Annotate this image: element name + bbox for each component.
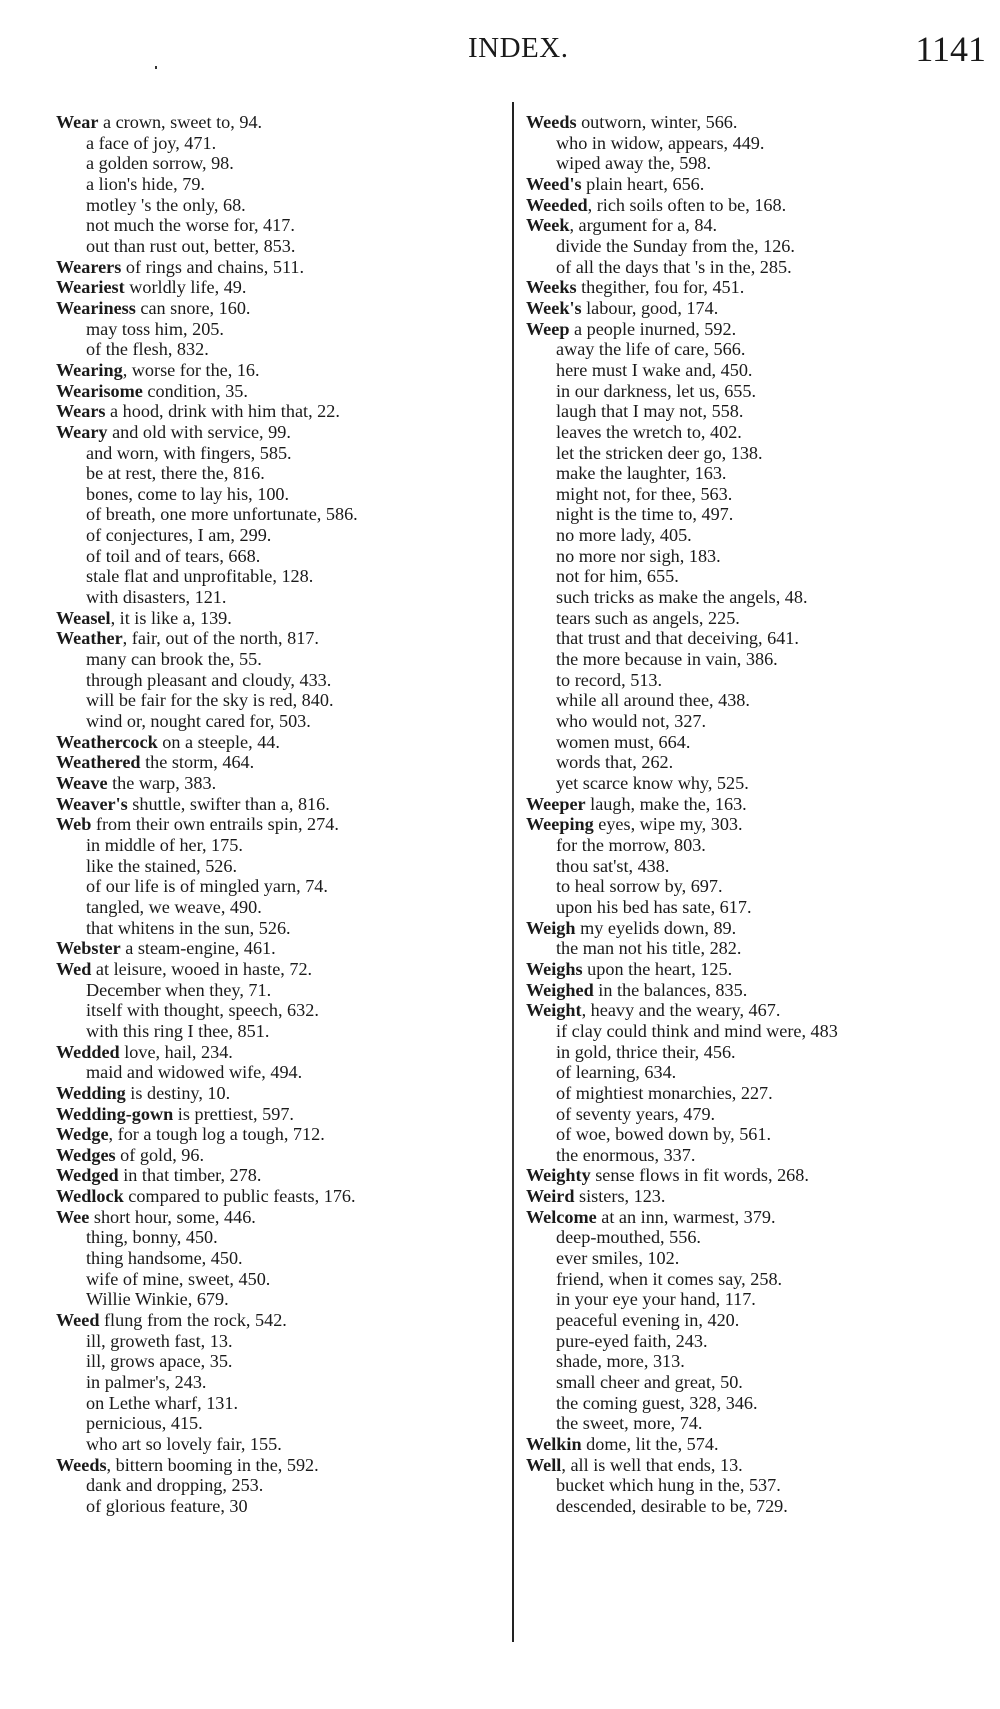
index-subentry: away the life of care, 566. (526, 339, 996, 360)
index-headword: Weariness (56, 298, 136, 318)
index-entry: Week, argument for a, 84. (526, 215, 996, 236)
index-subentry: divide the Sunday from the, 126. (526, 236, 996, 257)
index-subentry: such tricks as make the angels, 48. (526, 587, 996, 608)
index-entry: Wedding is destiny, 10. (56, 1083, 496, 1104)
index-entry: Weeping eyes, wipe my, 303. (526, 814, 996, 835)
index-entry: Wears a hood, drink with him that, 22. (56, 401, 496, 422)
index-subentry: leaves the wretch to, 402. (526, 422, 996, 443)
index-subentry: of breath, one more unfortunate, 586. (56, 504, 496, 525)
index-entry-text: condition, 35. (143, 381, 248, 401)
index-subentry: a face of joy, 471. (56, 133, 496, 154)
index-subentry: pernicious, 415. (56, 1413, 496, 1434)
index-subentry: ill, grows apace, 35. (56, 1351, 496, 1372)
index-entry: Wedged in that timber, 278. (56, 1165, 496, 1186)
index-entry-text: is prettiest, 597. (173, 1104, 294, 1124)
index-entry-text: at an inn, warmest, 379. (597, 1207, 776, 1227)
index-subentry: laugh that I may not, 558. (526, 401, 996, 422)
index-entry-text: is destiny, 10. (126, 1083, 230, 1103)
index-subentry: to heal sorrow by, 697. (526, 876, 996, 897)
index-subentry: of conjectures, I am, 299. (56, 525, 496, 546)
index-subentry: motley 's the only, 68. (56, 195, 496, 216)
index-column-right: Weeds outworn, winter, 566.who in widow,… (526, 112, 996, 1517)
index-subentry: while all around thee, 438. (526, 690, 996, 711)
index-subentry: in our darkness, let us, 655. (526, 381, 996, 402)
index-subentry: shade, more, 313. (526, 1351, 996, 1372)
index-entry: Wee short hour, some, 446. (56, 1207, 496, 1228)
index-subentry: a lion's hide, 79. (56, 174, 496, 195)
index-headword: Wear (56, 112, 98, 132)
index-entry: Weary and old with service, 99. (56, 422, 496, 443)
index-headword: Wedged (56, 1165, 119, 1185)
index-entry: Weathered the storm, 464. (56, 752, 496, 773)
index-subentry: wiped away the, 598. (526, 153, 996, 174)
index-subentry: in middle of her, 175. (56, 835, 496, 856)
index-subentry: the coming guest, 328, 346. (526, 1393, 996, 1414)
index-headword: Wears (56, 401, 106, 421)
index-entry-text: , rich soils often to be, 168. (588, 195, 787, 215)
index-subentry: thing handsome, 450. (56, 1248, 496, 1269)
index-subentry: tears such as angels, 225. (526, 608, 996, 629)
index-subentry: will be fair for the sky is red, 840. (56, 690, 496, 711)
index-entry-text: flung from the rock, 542. (99, 1310, 286, 1330)
index-entry-text: worldly life, 49. (125, 277, 247, 297)
index-headword: Weep (526, 319, 569, 339)
index-entry: Weight, heavy and the weary, 467. (526, 1000, 996, 1021)
index-headword: Weeper (526, 794, 586, 814)
index-subentry: the enormous, 337. (526, 1145, 996, 1166)
page-title: INDEX. (468, 32, 568, 65)
index-headword: Welkin (526, 1434, 582, 1454)
index-entry: Weird sisters, 123. (526, 1186, 996, 1207)
index-subentry: thou sat'st, 438. (526, 856, 996, 877)
index-headword: Weathered (56, 752, 141, 772)
index-entry-text: a people inurned, 592. (569, 319, 736, 339)
index-subentry: who would not, 327. (526, 711, 996, 732)
index-subentry: no more lady, 405. (526, 525, 996, 546)
index-headword: Web (56, 814, 91, 834)
index-headword: Wearers (56, 257, 121, 277)
index-entry: Weigh my eyelids down, 89. (526, 918, 996, 939)
index-subentry: for the morrow, 803. (526, 835, 996, 856)
index-entry-text: on a steeple, 44. (158, 732, 280, 752)
index-subentry: to record, 513. (526, 670, 996, 691)
index-entry: Wearisome condition, 35. (56, 381, 496, 402)
index-entry: Wearing, worse for the, 16. (56, 360, 496, 381)
index-subentry: of glorious feature, 30 (56, 1496, 496, 1517)
index-entry: Welcome at an inn, warmest, 379. (526, 1207, 996, 1228)
index-headword: Weave (56, 773, 108, 793)
index-entry: Welkin dome, lit the, 574. (526, 1434, 996, 1455)
index-entry-text: , for a tough log a tough, 712. (109, 1124, 325, 1144)
index-entry-text: , argument for a, 84. (569, 215, 717, 235)
index-subentry: upon his bed has sate, 617. (526, 897, 996, 918)
index-subentry: through pleasant and cloudy, 433. (56, 670, 496, 691)
index-headword: Weeded (526, 195, 588, 215)
index-entry-text: my eyelids down, 89. (576, 918, 737, 938)
index-entry-text: at leisure, wooed in haste, 72. (91, 959, 312, 979)
index-headword: Weather (56, 628, 123, 648)
index-entry: Well, all is well that ends, 13. (526, 1455, 996, 1476)
index-subentry: out than rust out, better, 853. (56, 236, 496, 257)
index-entry: Weeds outworn, winter, 566. (526, 112, 996, 133)
index-entry-text: dome, lit the, 574. (582, 1434, 719, 1454)
index-entry-text: thegither, fou for, 451. (577, 277, 745, 297)
index-entry-text: sense flows in fit words, 268. (591, 1165, 809, 1185)
index-subentry: wind or, nought cared for, 503. (56, 711, 496, 732)
index-entry-text: compared to public feasts, 176. (124, 1186, 356, 1206)
index-headword: Weed's (526, 174, 582, 194)
index-entry: Weed's plain heart, 656. (526, 174, 996, 195)
index-subentry: the sweet, more, 74. (526, 1413, 996, 1434)
index-subentry: thing, bonny, 450. (56, 1227, 496, 1248)
index-subentry: of learning, 634. (526, 1062, 996, 1083)
index-subentry: yet scarce know why, 525. (526, 773, 996, 794)
index-headword: Wedge (56, 1124, 109, 1144)
index-entry-text: a steam-engine, 461. (121, 938, 276, 958)
index-entry: Wedlock compared to public feasts, 176. (56, 1186, 496, 1207)
index-entry-text: , all is well that ends, 13. (561, 1455, 742, 1475)
index-headword: Wedding (56, 1083, 126, 1103)
column-divider (512, 102, 514, 1642)
index-subentry: friend, when it comes say, 258. (526, 1269, 996, 1290)
index-entry-text: labour, good, 174. (582, 298, 719, 318)
index-entry-text: of rings and chains, 511. (121, 257, 304, 277)
index-column-left: Wear a crown, sweet to, 94.a face of joy… (56, 112, 496, 1517)
index-headword: Webster (56, 938, 121, 958)
index-entry-text: , it is like a, 139. (111, 608, 232, 628)
index-entry: Weighty sense flows in fit words, 268. (526, 1165, 996, 1186)
index-headword: Well (526, 1455, 561, 1475)
index-subentry: Willie Winkie, 679. (56, 1289, 496, 1310)
index-entry: Weeper laugh, make the, 163. (526, 794, 996, 815)
index-headword: Weird (526, 1186, 575, 1206)
index-headword: Week's (526, 298, 582, 318)
index-entry-text: plain heart, 656. (582, 174, 705, 194)
index-subentry: women must, 664. (526, 732, 996, 753)
index-headword: Weighs (526, 959, 583, 979)
index-subentry: that whitens in the sun, 526. (56, 918, 496, 939)
index-subentry: many can brook the, 55. (56, 649, 496, 670)
index-headword: Wearing (56, 360, 123, 380)
index-subentry: of our life is of mingled yarn, 74. (56, 876, 496, 897)
index-entry-text: laugh, make the, 163. (586, 794, 747, 814)
index-subentry: words that, 262. (526, 752, 996, 773)
index-headword: Weigh (526, 918, 576, 938)
index-subentry: stale flat and unprofitable, 128. (56, 566, 496, 587)
index-headword: Wedges (56, 1145, 116, 1165)
index-subentry: bones, come to lay his, 100. (56, 484, 496, 505)
index-entry: Web from their own entrails spin, 274. (56, 814, 496, 835)
index-subentry: itself with thought, speech, 632. (56, 1000, 496, 1021)
index-headword: Weary (56, 422, 108, 442)
index-headword: Wearisome (56, 381, 143, 401)
index-subentry: pure-eyed faith, 243. (526, 1331, 996, 1352)
index-headword: Weighed (526, 980, 594, 1000)
index-entry-text: can snore, 160. (136, 298, 251, 318)
index-headword: Wedding-gown (56, 1104, 173, 1124)
index-subentry: not much the worse for, 417. (56, 215, 496, 236)
index-subentry: wife of mine, sweet, 450. (56, 1269, 496, 1290)
index-subentry: not for him, 655. (526, 566, 996, 587)
index-subentry: of woe, bowed down by, 561. (526, 1124, 996, 1145)
index-subentry: of mightiest monarchies, 227. (526, 1083, 996, 1104)
index-entry: Wedge, for a tough log a tough, 712. (56, 1124, 496, 1145)
index-headword: Weighty (526, 1165, 591, 1185)
index-subentry: if clay could think and mind were, 483 (526, 1021, 996, 1042)
index-subentry: of all the days that 's in the, 285. (526, 257, 996, 278)
index-subentry: a golden sorrow, 98. (56, 153, 496, 174)
index-headword: Wee (56, 1207, 89, 1227)
index-subentry: may toss him, 205. (56, 319, 496, 340)
index-entry-text: sisters, 123. (575, 1186, 666, 1206)
index-subentry: of toil and of tears, 668. (56, 546, 496, 567)
index-subentry: of seventy years, 479. (526, 1104, 996, 1125)
index-headword: Welcome (526, 1207, 597, 1227)
index-headword: Wed (56, 959, 91, 979)
index-subentry: in gold, thrice their, 456. (526, 1042, 996, 1063)
index-entry: Wear a crown, sweet to, 94. (56, 112, 496, 133)
index-entry-text: in that timber, 278. (119, 1165, 262, 1185)
index-headword: Weeping (526, 814, 594, 834)
index-headword: Weasel (56, 608, 111, 628)
index-entry: Weather, fair, out of the north, 817. (56, 628, 496, 649)
index-subentry: night is the time to, 497. (526, 504, 996, 525)
index-entry-text: from their own entrails spin, 274. (91, 814, 339, 834)
index-entry-text: of gold, 96. (116, 1145, 204, 1165)
index-headword: Weight (526, 1000, 582, 1020)
index-subentry: small cheer and great, 50. (526, 1372, 996, 1393)
index-entry-text: short hour, some, 446. (89, 1207, 256, 1227)
index-subentry: on Lethe wharf, 131. (56, 1393, 496, 1414)
index-entry: Weariness can snore, 160. (56, 298, 496, 319)
page-header: INDEX. 1141 (0, 32, 1000, 82)
index-headword: Wedded (56, 1042, 120, 1062)
index-entry: Weathercock on a steeple, 44. (56, 732, 496, 753)
index-entry: Wearers of rings and chains, 511. (56, 257, 496, 278)
index-entry-text: , heavy and the weary, 467. (582, 1000, 781, 1020)
index-subentry: with this ring I thee, 851. (56, 1021, 496, 1042)
index-entry-text: outworn, winter, 566. (577, 112, 738, 132)
index-subentry: and worn, with fingers, 585. (56, 443, 496, 464)
index-subentry: let the stricken deer go, 138. (526, 443, 996, 464)
index-entry-text: , bittern booming in the, 592. (107, 1455, 319, 1475)
index-subentry: here must I wake and, 450. (526, 360, 996, 381)
index-subentry: ill, groweth fast, 13. (56, 1331, 496, 1352)
index-subentry: might not, for thee, 563. (526, 484, 996, 505)
index-entry: Weaver's shuttle, swifter than a, 816. (56, 794, 496, 815)
index-subentry: who in widow, appears, 449. (526, 133, 996, 154)
index-entry-text: a hood, drink with him that, 22. (106, 401, 340, 421)
index-subentry: the man not his title, 282. (526, 938, 996, 959)
index-subentry: ever smiles, 102. (526, 1248, 996, 1269)
index-headword: Weeks (526, 277, 577, 297)
index-entry: Wedges of gold, 96. (56, 1145, 496, 1166)
index-entry: Weed flung from the rock, 542. (56, 1310, 496, 1331)
index-headword: Weaver's (56, 794, 128, 814)
index-headword: Weariest (56, 277, 125, 297)
index-subentry: bucket which hung in the, 537. (526, 1475, 996, 1496)
index-entry: Weasel, it is like a, 139. (56, 608, 496, 629)
page-number: 1141 (915, 28, 986, 70)
index-entry-text: shuttle, swifter than a, 816. (128, 794, 330, 814)
index-entry: Week's labour, good, 174. (526, 298, 996, 319)
index-subentry: the more because in vain, 386. (526, 649, 996, 670)
index-entry: Weeds, bittern booming in the, 592. (56, 1455, 496, 1476)
index-subentry: like the stained, 526. (56, 856, 496, 877)
index-headword: Weeds (56, 1455, 107, 1475)
index-entry-text: upon the heart, 125. (583, 959, 733, 979)
print-speck (155, 66, 157, 69)
index-subentry: descended, desirable to be, 729. (526, 1496, 996, 1517)
index-entry: Weeded, rich soils often to be, 168. (526, 195, 996, 216)
index-entry: Weep a people inurned, 592. (526, 319, 996, 340)
index-headword: Week (526, 215, 569, 235)
index-entry: Weighed in the balances, 835. (526, 980, 996, 1001)
index-subentry: deep-mouthed, 556. (526, 1227, 996, 1248)
index-subentry: December when they, 71. (56, 980, 496, 1001)
index-entry-text: and old with service, 99. (108, 422, 291, 442)
index-entry: Wedded love, hail, 234. (56, 1042, 496, 1063)
index-entry: Wedding-gown is prettiest, 597. (56, 1104, 496, 1125)
index-entry-text: , worse for the, 16. (123, 360, 260, 380)
index-entry: Weariest worldly life, 49. (56, 277, 496, 298)
index-subentry: tangled, we weave, 490. (56, 897, 496, 918)
index-subentry: with disasters, 121. (56, 587, 496, 608)
index-entry-text: love, hail, 234. (120, 1042, 233, 1062)
index-subentry: no more nor sigh, 183. (526, 546, 996, 567)
index-entry: Wed at leisure, wooed in haste, 72. (56, 959, 496, 980)
index-entry: Weave the warp, 383. (56, 773, 496, 794)
index-subentry: peaceful evening in, 420. (526, 1310, 996, 1331)
index-headword: Wedlock (56, 1186, 124, 1206)
index-entry: Weeks thegither, fou for, 451. (526, 277, 996, 298)
index-subentry: who art so lovely fair, 155. (56, 1434, 496, 1455)
index-subentry: make the laughter, 163. (526, 463, 996, 484)
index-entry-text: , fair, out of the north, 817. (123, 628, 319, 648)
index-headword: Weed (56, 1310, 99, 1330)
index-headword: Weathercock (56, 732, 158, 752)
index-subentry: in your eye your hand, 117. (526, 1289, 996, 1310)
index-subentry: be at rest, there the, 816. (56, 463, 496, 484)
index-entry: Webster a steam-engine, 461. (56, 938, 496, 959)
index-headword: Weeds (526, 112, 577, 132)
index-entry: Weighs upon the heart, 125. (526, 959, 996, 980)
index-entry-text: eyes, wipe my, 303. (594, 814, 743, 834)
index-entry-text: in the balances, 835. (594, 980, 748, 1000)
index-subentry: in palmer's, 243. (56, 1372, 496, 1393)
index-entry-text: a crown, sweet to, 94. (98, 112, 262, 132)
index-subentry: maid and widowed wife, 494. (56, 1062, 496, 1083)
index-subentry: that trust and that deceiving, 641. (526, 628, 996, 649)
index-entry-text: the storm, 464. (141, 752, 255, 772)
index-subentry: dank and dropping, 253. (56, 1475, 496, 1496)
index-subentry: of the flesh, 832. (56, 339, 496, 360)
index-entry-text: the warp, 383. (108, 773, 217, 793)
